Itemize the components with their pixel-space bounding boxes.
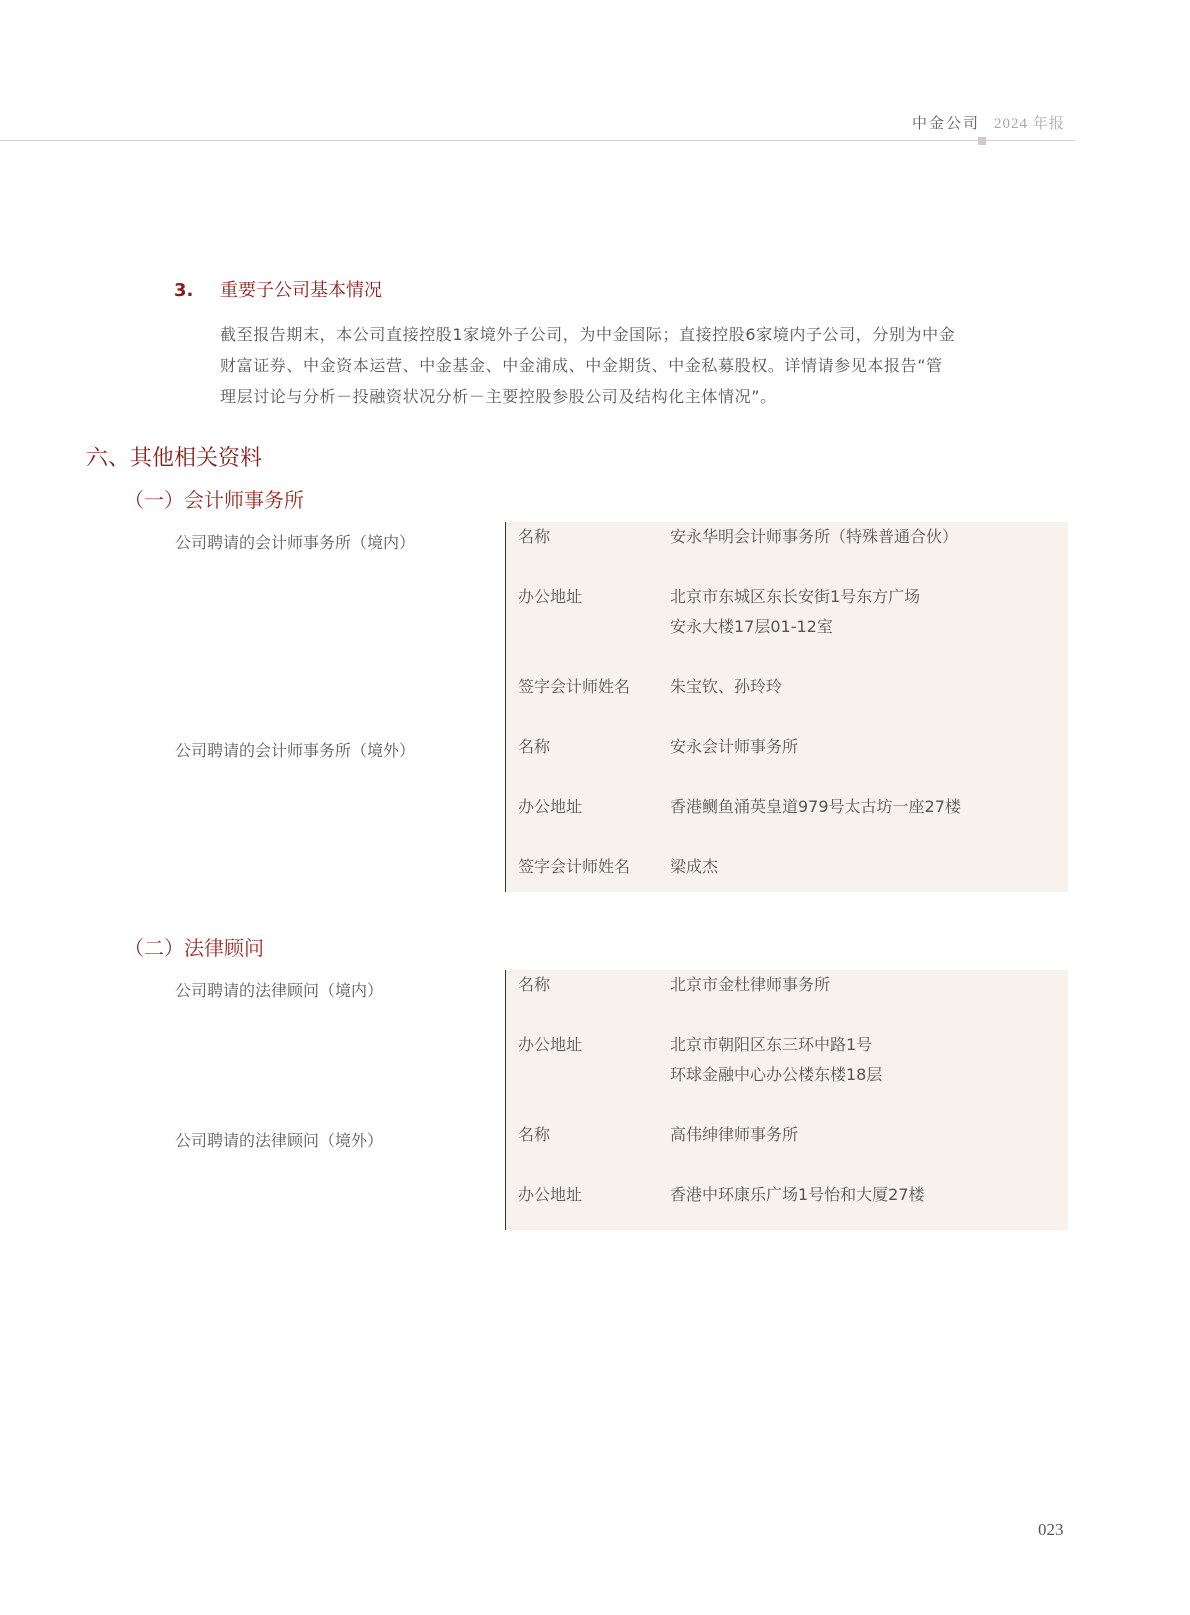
info-value: 北京市朝阳区东三环中路1号 环球金融中心办公楼东楼18层 bbox=[670, 1030, 882, 1090]
paragraph-line: 理层讨论与分析－投融资状况分析－主要控股参股公司及结构化主体情况”。 bbox=[220, 381, 1070, 412]
subsidiaries-paragraph: 截至报告期末，本公司直接控股1家境外子公司，为中金国际；直接控股6家境内子公司，… bbox=[220, 319, 1070, 412]
header-rule bbox=[0, 140, 1075, 141]
info-key: 签字会计师姓名 bbox=[518, 852, 630, 882]
info-key: 名称 bbox=[518, 1120, 550, 1150]
info-value: 高伟绅律师事务所 bbox=[670, 1120, 798, 1150]
accounting-info-box: 名称 安永华明会计师事务所（特殊普通合伙） 办公地址 北京市东城区东长安街1号东… bbox=[505, 522, 1068, 892]
info-key: 签字会计师姓名 bbox=[518, 672, 630, 702]
accounting-overseas-label: 公司聘请的会计师事务所（境外） bbox=[175, 738, 415, 761]
address-line-1: 北京市东城区东长安街1号东方广场 bbox=[670, 582, 920, 612]
subsidiaries-heading: 3.重要子公司基本情况 bbox=[174, 276, 382, 302]
legal-overseas-label: 公司聘请的法律顾问（境外） bbox=[175, 1128, 383, 1151]
info-key: 办公地址 bbox=[518, 582, 582, 612]
section-title: 六、其他相关资料 bbox=[86, 441, 262, 472]
header-report-year: 2024 年报 bbox=[994, 116, 1065, 132]
info-value: 安永会计师事务所 bbox=[670, 732, 798, 762]
info-key: 名称 bbox=[518, 970, 550, 1000]
info-value: 香港中环康乐广场1号怡和大厦27楼 bbox=[670, 1180, 925, 1210]
header-marker bbox=[978, 137, 986, 145]
address-line-1: 北京市朝阳区东三环中路1号 bbox=[670, 1030, 882, 1060]
info-value: 安永华明会计师事务所（特殊普通合伙） bbox=[670, 522, 958, 552]
info-key: 办公地址 bbox=[518, 1180, 582, 1210]
info-value: 香港鲗鱼涌英皇道979号太古坊一座27楼 bbox=[670, 792, 961, 822]
paragraph-line: 截至报告期末，本公司直接控股1家境外子公司，为中金国际；直接控股6家境内子公司，… bbox=[220, 319, 1070, 350]
paragraph-line: 财富证券、中金资本运营、中金基金、中金浦成、中金期货、中金私募股权。详情请参见本… bbox=[220, 350, 1070, 381]
info-key: 名称 bbox=[518, 522, 550, 552]
info-value: 北京市金杜律师事务所 bbox=[670, 970, 830, 1000]
info-value: 北京市东城区东长安街1号东方广场 安永大楼17层01-12室 bbox=[670, 582, 920, 642]
running-header: 中金公司2024 年报 bbox=[912, 112, 1065, 133]
legal-info-box: 名称 北京市金杜律师事务所 办公地址 北京市朝阳区东三环中路1号 环球金融中心办… bbox=[505, 970, 1068, 1230]
address-line-2: 环球金融中心办公楼东楼18层 bbox=[670, 1060, 882, 1090]
accounting-title: （一）会计师事务所 bbox=[124, 484, 304, 513]
legal-domestic-label: 公司聘请的法律顾问（境内） bbox=[175, 978, 383, 1001]
subsidiaries-heading-title: 重要子公司基本情况 bbox=[220, 280, 382, 301]
legal-title: （二）法律顾问 bbox=[124, 932, 264, 961]
info-value: 梁成杰 bbox=[670, 852, 718, 882]
accounting-domestic-label: 公司聘请的会计师事务所（境内） bbox=[175, 530, 415, 553]
subsidiaries-heading-number: 3. bbox=[174, 280, 220, 301]
header-company: 中金公司 bbox=[912, 114, 980, 132]
page-number: 023 bbox=[1038, 1520, 1064, 1540]
info-key: 名称 bbox=[518, 732, 550, 762]
address-line-2: 安永大楼17层01-12室 bbox=[670, 612, 920, 642]
info-value: 朱宝钦、孙玲玲 bbox=[670, 672, 782, 702]
info-key: 办公地址 bbox=[518, 1030, 582, 1060]
info-key: 办公地址 bbox=[518, 792, 582, 822]
